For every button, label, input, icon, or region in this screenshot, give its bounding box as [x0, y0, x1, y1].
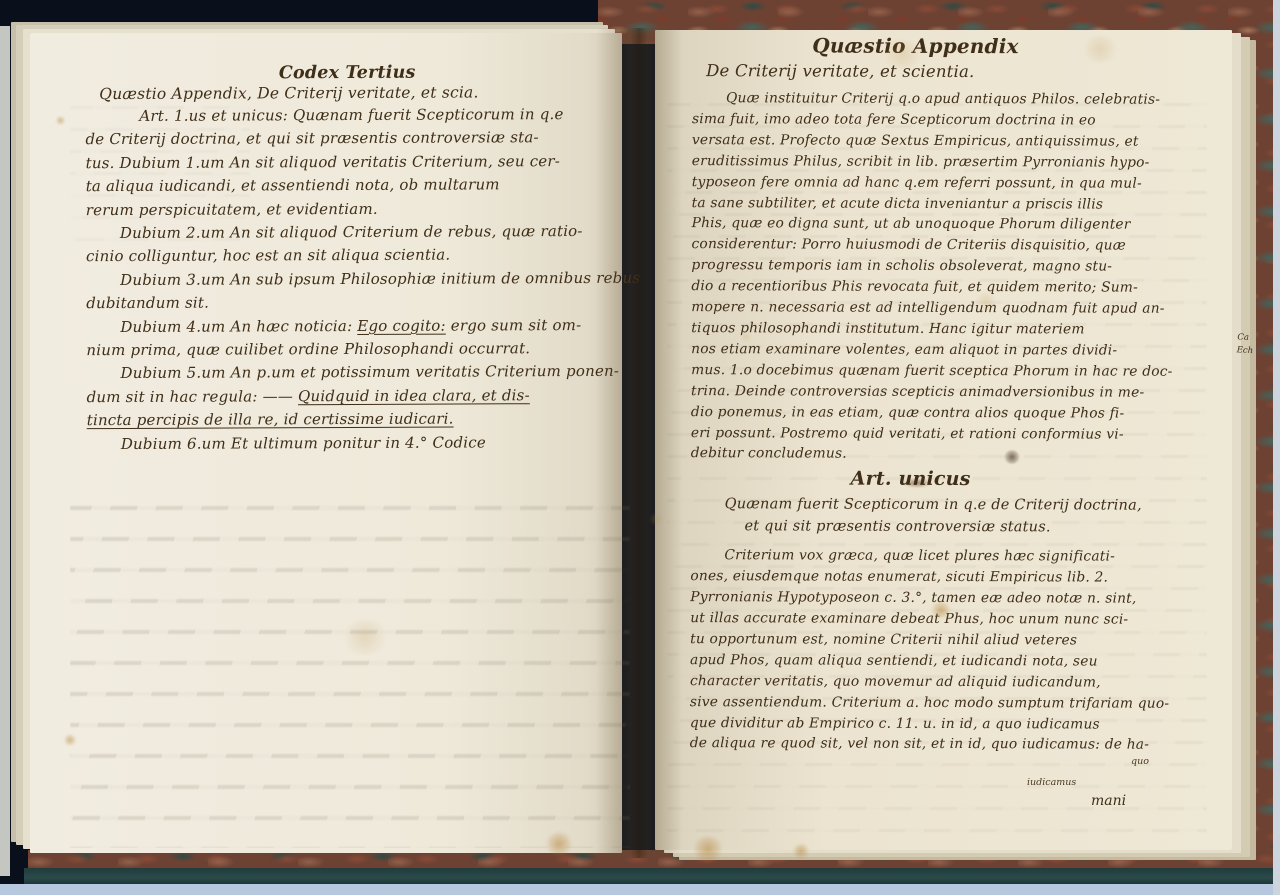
manuscript-line: Dubium 6.um Et ultimum ponitur in 4.° Co…: [87, 431, 611, 457]
right-page-title: Quæstio Appendix: [812, 33, 1220, 58]
manuscript-line: cinio colliguntur, hoc est an sit aliqua…: [86, 243, 610, 269]
manuscript-line: Dubium 3.um An sub ipsum Philosophiæ ini…: [86, 267, 610, 293]
right-page-subtitle: De Criterij veritate, et scientia.: [706, 61, 1220, 82]
manuscript-line: mus. 1.o docebimus quænam fuerit sceptic…: [691, 360, 1219, 383]
left-page-index-lines: Art. 1.us et unicus: Quænam fuerit Scept…: [85, 103, 611, 456]
manuscript-line: Art. 1.us et unicus: Quænam fuerit Scept…: [85, 103, 609, 129]
manuscript-line: versata est. Profecto quæ Sextus Empiric…: [692, 130, 1220, 153]
manuscript-line: Pyrronianis Hypotyposeon c. 3.°, tamen e…: [690, 587, 1218, 610]
manuscript-line: tincta percipis de illa re, id certissim…: [87, 407, 611, 433]
manuscript-line: character veritatis, quo movemur ad aliq…: [690, 671, 1218, 694]
manuscript-line: Criterium vox græca, quæ licet plures hæ…: [690, 545, 1218, 568]
manuscript-line: sive assentiendum. Criterium a. hoc modo…: [690, 692, 1218, 715]
manuscript-line: Dubium 5.um An p.um et potissimum verita…: [86, 360, 610, 386]
catchword: mani: [1091, 793, 1126, 809]
manuscript-line: ta sane subtiliter, et acute dicta inven…: [692, 193, 1220, 216]
manuscript-line: rerum perspicuitatem, et evidentiam.: [86, 196, 610, 222]
manuscript-line: ut illas accurate examinare debeat Phus,…: [690, 608, 1218, 631]
manuscript-line: typoseon fere omnia ad hanc q.em referri…: [692, 172, 1220, 195]
manuscript-line: de aliqua re quod sit, vel non sit, et i…: [690, 734, 1218, 757]
fore-edge-note: Ca Ech: [1236, 331, 1263, 358]
article-question: Quænam fuerit Scepticorum in q.e de Crit…: [691, 493, 1219, 539]
manuscript-line: nium prima, quæ cuilibet ordine Philosop…: [86, 337, 610, 363]
manuscript-line: progressu temporis iam in scholis obsole…: [691, 255, 1219, 278]
page-block-left-edge: [0, 26, 10, 876]
manuscript-line: Quæ instituitur Criterij q.o apud antiqu…: [692, 88, 1220, 111]
manuscript-line: Quænam fuerit Scepticorum in q.e de Crit…: [691, 493, 1219, 517]
manuscript-line: sima fuit, imo adeo tota fere Scepticoru…: [692, 109, 1220, 132]
manuscript-line: eri possunt. Postremo quid veritati, et …: [691, 423, 1219, 446]
right-page-paragraph-1: Quæ instituitur Criterij q.o apud antiqu…: [691, 88, 1220, 466]
manuscript-line: dio ponemus, in eas etiam, quæ contra al…: [691, 402, 1219, 425]
right-page-text: Quæstio Appendix De Criterij veritate, e…: [690, 33, 1221, 756]
manuscript-line: ta aliqua iudicandi, et assentiendi nota…: [86, 173, 610, 199]
book-scan: Codex Tertius Quæstio Appendix, De Crite…: [0, 0, 1280, 895]
manuscript-line: Dubium 4.um An hæc noticia: Ego cogito: …: [86, 314, 610, 340]
left-page-text: Codex Tertius Quæstio Appendix, De Crite…: [85, 62, 611, 456]
manuscript-line: mopere n. necessaria est ad intelligendu…: [691, 297, 1219, 320]
manuscript-line: trina. Deinde controversias scepticis an…: [691, 381, 1219, 404]
right-page-paragraph-2: Criterium vox græca, quæ licet plures hæ…: [690, 545, 1219, 756]
left-page-title: Codex Tertius: [85, 62, 609, 84]
manuscript-line: de Criterij doctrina, et qui sit præsent…: [85, 126, 609, 152]
scanner-bottom-strip: [0, 884, 1280, 895]
manuscript-line: dum sit in hac regula: —— Quidquid in id…: [87, 384, 611, 410]
manuscript-line: eruditissimus Philus, scribit in lib. pr…: [692, 151, 1220, 174]
manuscript-line: nos etiam examinare volentes, eam aliquo…: [691, 339, 1219, 362]
interlinear-correction: iudicamus: [1027, 777, 1076, 788]
manuscript-line: tu opportunum est, nomine Criterii nihil…: [690, 629, 1218, 652]
manuscript-line: que dividitur ab Empirico c. 11. u. in i…: [690, 713, 1218, 736]
manuscript-line: tus. Dubium 1.um An sit aliquod veritati…: [86, 150, 610, 176]
right-page: Quæstio Appendix De Criterij veritate, e…: [655, 30, 1232, 850]
left-page: Codex Tertius Quæstio Appendix, De Crite…: [30, 33, 622, 853]
manuscript-line: Phis, quæ eo digna sunt, ut ab unoquoque…: [692, 214, 1220, 237]
manuscript-line: dio a recentioribus Phis revocata fuit, …: [691, 276, 1219, 299]
scanner-right-strip: [1273, 0, 1280, 895]
bleedthrough-text: [70, 488, 630, 848]
fore-edge-note-line: Ca: [1237, 331, 1264, 345]
article-heading: Art. unicus: [851, 468, 1219, 491]
interlinear-correction: quo: [1131, 756, 1149, 767]
fore-edge-note-line: Ech: [1236, 344, 1263, 358]
manuscript-line: considerentur: Porro huiusmodi de Criter…: [691, 234, 1219, 257]
manuscript-line: dubitandum sit.: [86, 290, 610, 316]
left-page-subtitle: Quæstio Appendix, De Criterij veritate, …: [99, 83, 609, 103]
manuscript-line: apud Phos, quam aliqua sentiendi, et iud…: [690, 650, 1218, 673]
manuscript-line: tiquos philosophandi institutum. Hanc ig…: [691, 318, 1219, 341]
marbled-cover-right: [1228, 0, 1274, 886]
manuscript-line: ones, eiusdemque notas enumerat, sicuti …: [690, 566, 1218, 589]
manuscript-line: Dubium 2.um An sit aliquod Criterium de …: [86, 220, 610, 246]
manuscript-line: debitur concludemus.: [691, 443, 1219, 466]
manuscript-line: et qui sit præsentis controversiæ status…: [691, 515, 1219, 539]
